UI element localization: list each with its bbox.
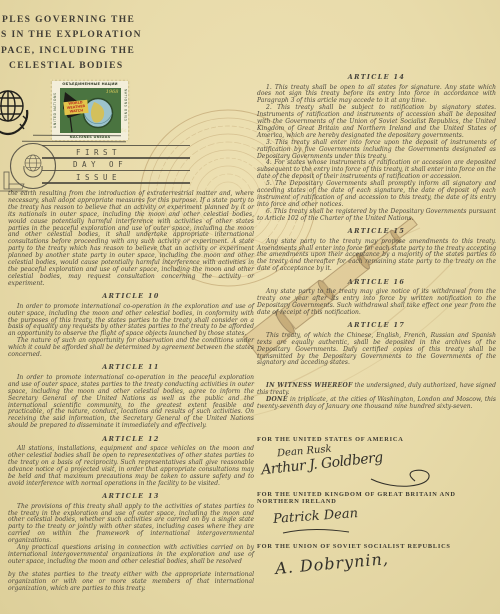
treaty-first-day-cover: PLES GOVERNING THE S IN THE EXPLORATION … bbox=[0, 0, 500, 614]
document-title: PLES GOVERNING THE S IN THE EXPLORATION … bbox=[2, 13, 142, 75]
stamp-denomination: 6¢ bbox=[121, 128, 127, 134]
title-line: PLES GOVERNING THE bbox=[2, 13, 142, 28]
signature-patrick-dean: Patrick Dean bbox=[273, 506, 359, 527]
cancel-bar bbox=[42, 157, 190, 159]
article-heading: ARTICLE 16 bbox=[257, 278, 496, 286]
title-line: CELESTIAL BODIES bbox=[9, 59, 142, 74]
article-heading: ARTICLE 12 bbox=[8, 435, 254, 443]
signatory-label: FOR THE UNITED KINGDOM OF GREAT BRITAIN … bbox=[257, 491, 496, 505]
article-heading: ARTICLE 13 bbox=[8, 492, 254, 500]
treaty-paragraph: the earth resulting from the introductio… bbox=[8, 191, 254, 288]
stamp-design: 1968 WORLD WEATHER WATCH bbox=[60, 88, 121, 134]
signature-dobrynin: A. Dobrynin, bbox=[274, 549, 389, 578]
treaty-paragraph: Any state party to the treaty may give n… bbox=[257, 289, 496, 317]
done-rest: in triplicate, at the cities of Washingt… bbox=[257, 396, 496, 410]
signatory-label: FOR THE UNION OF SOVIET SOCIALIST REPUBL… bbox=[257, 543, 496, 550]
treaty-paragraph: The nature of such an opportunity for ob… bbox=[8, 338, 254, 359]
stamp-text-french: NATIONS UNIES bbox=[124, 88, 128, 122]
signature-flourish bbox=[369, 465, 439, 491]
right-column: ARTICLE 14 1. This treaty shall be open … bbox=[257, 73, 496, 592]
treaty-paragraph: In order to promote international co-ope… bbox=[8, 304, 254, 339]
postmark-day-of: DAY OF bbox=[73, 160, 127, 169]
treaty-paragraph: All stations, installations, equipment a… bbox=[8, 446, 254, 487]
title-line: PACE, INCLUDING THE bbox=[1, 44, 142, 59]
article-heading: ARTICLE 11 bbox=[8, 363, 254, 371]
treaty-paragraph: The provisions of this treaty shall appl… bbox=[8, 504, 254, 545]
stamp-year: 1968 bbox=[106, 89, 119, 95]
left-column: the earth resulting from the introductio… bbox=[8, 191, 254, 593]
signatory-label: FOR THE UNITED STATES OF AMERICA bbox=[257, 436, 496, 443]
stamp-text-english: UNITED NATIONS bbox=[53, 88, 57, 133]
treaty-paragraph: 2. This treaty shall be subject to ratif… bbox=[257, 105, 496, 140]
treaty-paragraph: 5. The Depositary Governments shall prom… bbox=[257, 181, 496, 209]
treaty-paragraph: 4. For states whose instruments of ratif… bbox=[257, 160, 496, 181]
un-emblem-icon bbox=[0, 82, 37, 140]
postmark-first: FIRST bbox=[76, 148, 121, 157]
cancel-bar bbox=[42, 182, 190, 184]
postage-stamp: ОБЪЕДИНЕННЫЕ НАЦИИ UNITED NATIONS NATION… bbox=[52, 81, 128, 140]
done-clause: DONE in triplicate, at the cities of Was… bbox=[257, 397, 496, 411]
treaty-paragraph: Any state party to the treaty may propos… bbox=[257, 239, 496, 274]
cancel-bar bbox=[42, 170, 190, 172]
article-heading: ARTICLE 15 bbox=[257, 227, 496, 235]
article-heading: ARTICLE 17 bbox=[257, 321, 496, 329]
signatory-block-uk: FOR THE UNITED KINGDOM OF GREAT BRITAIN … bbox=[257, 491, 496, 543]
stamp-slogan: WORLD WEATHER WATCH bbox=[63, 99, 88, 115]
witness-clause: IN WITNESS WHEREOF the undersigned, duly… bbox=[257, 383, 496, 397]
signature-underline bbox=[281, 527, 351, 537]
stamp-text-russian: ОБЪЕДИНЕННЫЕ НАЦИИ bbox=[52, 82, 128, 86]
treaty-paragraph: This treaty, of which the Chinese, Engli… bbox=[257, 333, 496, 368]
signatory-block-usa: FOR THE UNITED STATES OF AMERICA Dean Ru… bbox=[257, 436, 496, 491]
treaty-paragraph: by the states parties to the treaty eith… bbox=[8, 572, 254, 593]
treaty-paragraph: 6. This treaty shall be registered by th… bbox=[257, 209, 496, 223]
treaty-paragraph: In order to promote international co-ope… bbox=[8, 375, 254, 430]
treaty-paragraph: 1. This treaty shall be open to all stat… bbox=[257, 85, 496, 106]
treaty-paragraph: Any practical questions arising in conne… bbox=[8, 545, 254, 566]
article-heading: ARTICLE 10 bbox=[8, 292, 254, 300]
title-line: S IN THE EXPLORATION bbox=[1, 28, 142, 43]
signatory-block-ussr: FOR THE UNION OF SOVIET SOCIALIST REPUBL… bbox=[257, 543, 496, 592]
article-heading: ARTICLE 14 bbox=[257, 73, 496, 81]
postmark-issue: ISSUE bbox=[76, 173, 121, 182]
treaty-paragraph: 3. This treaty shall enter into force up… bbox=[257, 140, 496, 161]
cancel-bar bbox=[42, 145, 190, 147]
